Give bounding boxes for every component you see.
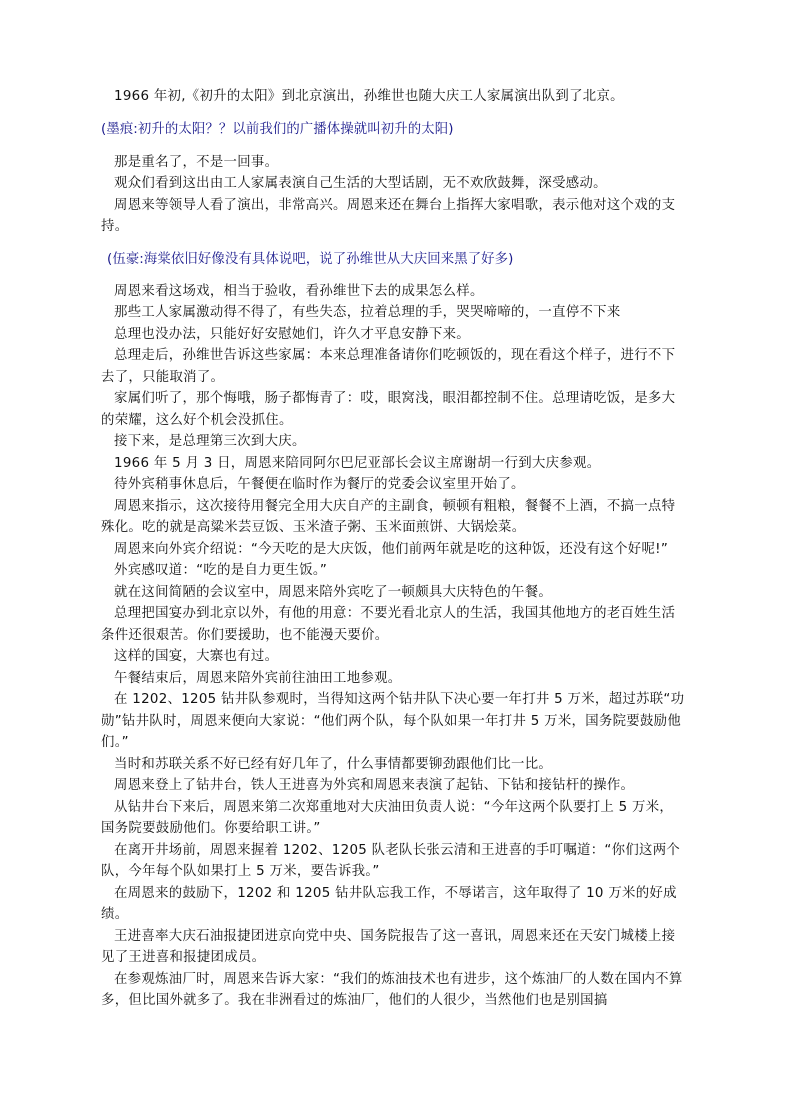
paragraph: 周恩来看这场戏，相当于验收，看孙维世下去的成果怎么样。 bbox=[101, 281, 685, 303]
document-page: 1966 年初,《初升的太阳》到北京演出，孙维世也随大庆工人家属演出队到了北京。… bbox=[101, 86, 685, 1012]
paragraph: 总理也没办法，只能好好安慰她们，许久才平息安静下来。 bbox=[101, 324, 685, 346]
paragraph: 观众们看到这出由工人家属表演自己生活的大型话剧，无不欢欣鼓舞，深受感动。 bbox=[101, 173, 685, 195]
reader-comment: (墨痕:初升的太阳？？以前我们的广播体操就叫初升的太阳) bbox=[101, 120, 685, 140]
paragraph: 王进喜率大庆石油报捷团进京向党中央、国务院报告了这一喜讯，周恩来还在天安门城楼上… bbox=[101, 926, 685, 969]
paragraph: 总理把国宴办到北京以外，有他的用意：不要光看北京人的生活，我国其他地方的老百姓生… bbox=[101, 603, 685, 646]
paragraph: 这样的国宴，大寨也有过。 bbox=[101, 646, 685, 668]
reader-comment: (伍豪:海棠依旧好像没有具体说吧，说了孙维世从大庆回来黑了好多) bbox=[101, 250, 685, 270]
paragraph: 外宾感叹道：“吃的是自力更生饭。” bbox=[101, 560, 685, 582]
paragraph: 周恩来向外宾介绍说：“今天吃的是大庆饭，他们前两年就是吃的这种饭，还没有这个好呢… bbox=[101, 539, 685, 561]
paragraph: 周恩来指示，这次接待用餐完全用大庆自产的主副食，顿顿有粗粮，餐餐不上酒，不搞一点… bbox=[101, 496, 685, 539]
paragraph: 从钻井台下来后，周恩来第二次郑重地对大庆油田负责人说：“今年这两个队要打上 5 … bbox=[101, 797, 685, 840]
paragraph: 接下来，是总理第三次到大庆。 bbox=[101, 431, 685, 453]
paragraph: 1966 年 5 月 3 日，周恩来陪同阿尔巴尼亚部长会议主席谢胡一行到大庆参观… bbox=[101, 453, 685, 475]
paragraph: 在离开井场前，周恩来握着 1202、1205 队老队长张云清和王进喜的手叮嘱道：… bbox=[101, 840, 685, 883]
paragraph: 家属们听了，那个悔哦，肠子都悔青了：哎，眼窝浅，眼泪都控制不住。总理请吃饭，是多… bbox=[101, 388, 685, 431]
paragraph: 就在这间简陋的会议室中，周恩来陪外宾吃了一顿颇具大庆特色的午餐。 bbox=[101, 582, 685, 604]
paragraph: 那些工人家属激动得不得了，有些失态，拉着总理的手，哭哭啼啼的，一直停不下来 bbox=[101, 302, 685, 324]
paragraph: 待外宾稍事休息后，午餐便在临时作为餐厅的党委会议室里开始了。 bbox=[101, 474, 685, 496]
paragraph: 在 1202、1205 钻井队参观时，当得知这两个钻井队下决心要一年打井 5 万… bbox=[101, 689, 685, 754]
paragraph: 在参观炼油厂时，周恩来告诉大家：“我们的炼油技术也有进步，这个炼油厂的人数在国内… bbox=[101, 969, 685, 1012]
paragraph: 午餐结束后，周恩来陪外宾前往油田工地参观。 bbox=[101, 668, 685, 690]
paragraph: 周恩来登上了钻井台，铁人王进喜为外宾和周恩来表演了起钻、下钻和接钻杆的操作。 bbox=[101, 775, 685, 797]
paragraph: 总理走后，孙维世告诉这些家属：本来总理准备请你们吃顿饭的，现在看这个样子，进行不… bbox=[101, 345, 685, 388]
paragraph: 在周恩来的鼓励下，1202 和 1205 钻井队忘我工作，不辱诺言，这年取得了 … bbox=[101, 883, 685, 926]
paragraph: 1966 年初,《初升的太阳》到北京演出，孙维世也随大庆工人家属演出队到了北京。 bbox=[101, 86, 685, 108]
paragraph: 那是重名了，不是一回事。 bbox=[101, 152, 685, 174]
paragraph: 周恩来等领导人看了演出，非常高兴。周恩来还在舞台上指挥大家唱歌，表示他对这个戏的… bbox=[101, 195, 685, 238]
paragraph: 当时和苏联关系不好已经有好几年了，什么事情都要铆劲跟他们比一比。 bbox=[101, 754, 685, 776]
